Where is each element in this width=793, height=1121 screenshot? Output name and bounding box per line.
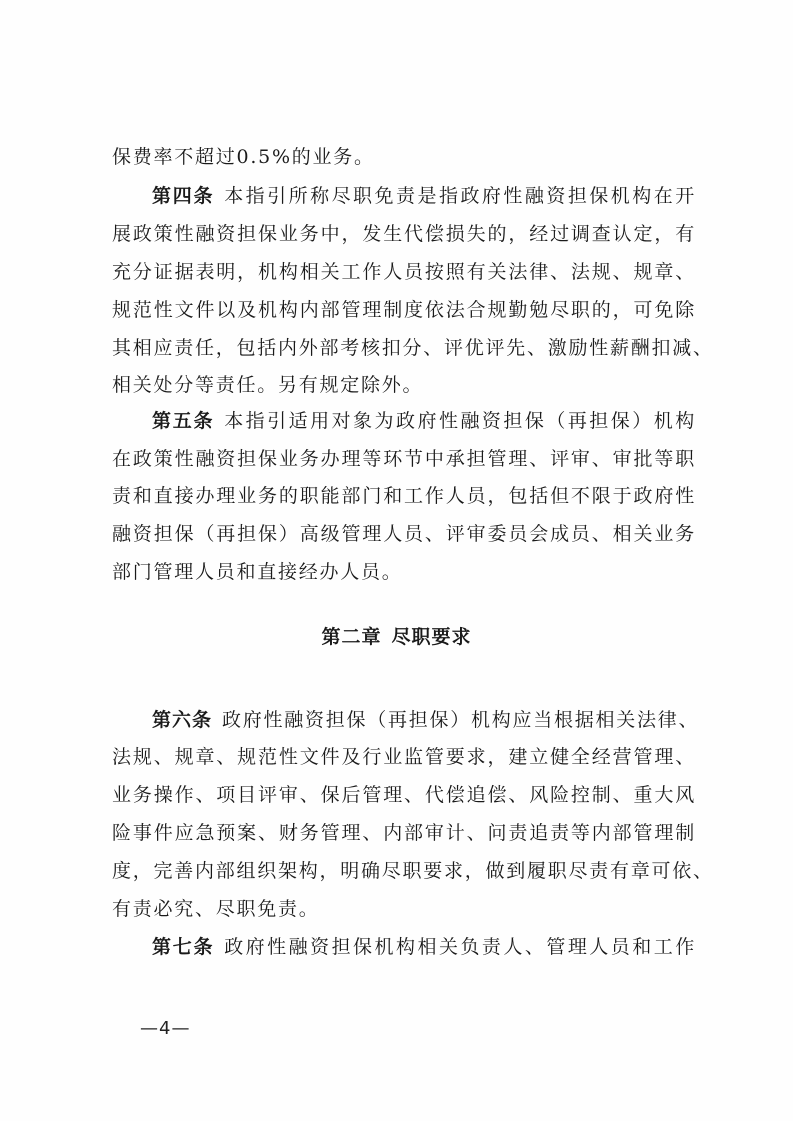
text-line: 政府性融资担保（再担保）机构应当根据相关法律、 bbox=[222, 709, 699, 731]
text-line: 融资担保（再担保）高级管理人员、评审委员会成员、相关业务 bbox=[112, 515, 696, 553]
chapter-title: 尽职要求 bbox=[392, 626, 472, 648]
article-5-first-line: 第五条本指引适用对象为政府性融资担保（再担保）机构 bbox=[152, 402, 696, 440]
article-7-first-line: 第七条政府性融资担保机构相关负责人、管理人员和工作 bbox=[152, 928, 696, 966]
page-number: —4— bbox=[140, 1018, 190, 1039]
text-line: 展政策性融资担保业务中，发生代偿损失的，经过调查认定，有 bbox=[112, 215, 696, 253]
text-line: 在政策性融资担保业务办理等环节中承担管理、评审、审批等职 bbox=[112, 440, 696, 478]
text-line: 规范性文件以及机构内部管理制度依法合规勤勉尽职的，可免除 bbox=[112, 291, 696, 329]
text-line: 有责必究、尽职免责。 bbox=[112, 890, 696, 928]
article-label: 第七条 bbox=[152, 936, 214, 958]
article-4-first-line: 第四条本指引所称尽职免责是指政府性融资担保机构在开 bbox=[152, 177, 696, 215]
text-line: 相关处分等责任。另有规定除外。 bbox=[112, 366, 696, 404]
text-line: 法规、规章、规范性文件及行业监管要求，建立健全经营管理、 bbox=[112, 738, 696, 776]
text-line: 充分证据表明，机构相关工作人员按照有关法律、法规、规章、 bbox=[112, 253, 696, 291]
text-line: 政府性融资担保机构相关负责人、管理人员和工作 bbox=[224, 936, 696, 958]
text-line: 度，完善内部组织架构，明确尽职要求，做到履职尽责有章可依、 bbox=[112, 852, 696, 890]
text-line: 业务操作、项目评审、保后管理、代偿追偿、风险控制、重大风 bbox=[112, 776, 696, 814]
article-6-first-line: 第六条政府性融资担保（再担保）机构应当根据相关法律、 bbox=[152, 701, 696, 739]
text-line: 本指引所称尽职免责是指政府性融资担保机构在开 bbox=[224, 185, 696, 207]
text-line: 险事件应急预案、财务管理、内部审计、问责追责等内部管理制 bbox=[112, 814, 696, 852]
text-line: 本指引适用对象为政府性融资担保（再担保）机构 bbox=[224, 410, 696, 432]
text-line: 责和直接办理业务的职能部门和工作人员，包括但不限于政府性 bbox=[112, 477, 696, 515]
text-line: 保费率不超过0.5%的业务。 bbox=[112, 138, 696, 176]
chapter-heading: 第二章尽职要求 bbox=[0, 618, 793, 656]
text-line: 部门管理人员和直接经办人员。 bbox=[112, 553, 696, 591]
document-page: 保费率不超过0.5%的业务。 第四条本指引所称尽职免责是指政府性融资担保机构在开… bbox=[0, 0, 793, 1121]
article-label: 第六条 bbox=[152, 709, 212, 731]
article-label: 第五条 bbox=[152, 410, 214, 432]
chapter-number: 第二章 bbox=[321, 626, 381, 648]
article-label: 第四条 bbox=[152, 185, 214, 207]
text-line: 其相应责任，包括内外部考核扣分、评优评先、激励性薪酬扣减、 bbox=[112, 329, 696, 367]
